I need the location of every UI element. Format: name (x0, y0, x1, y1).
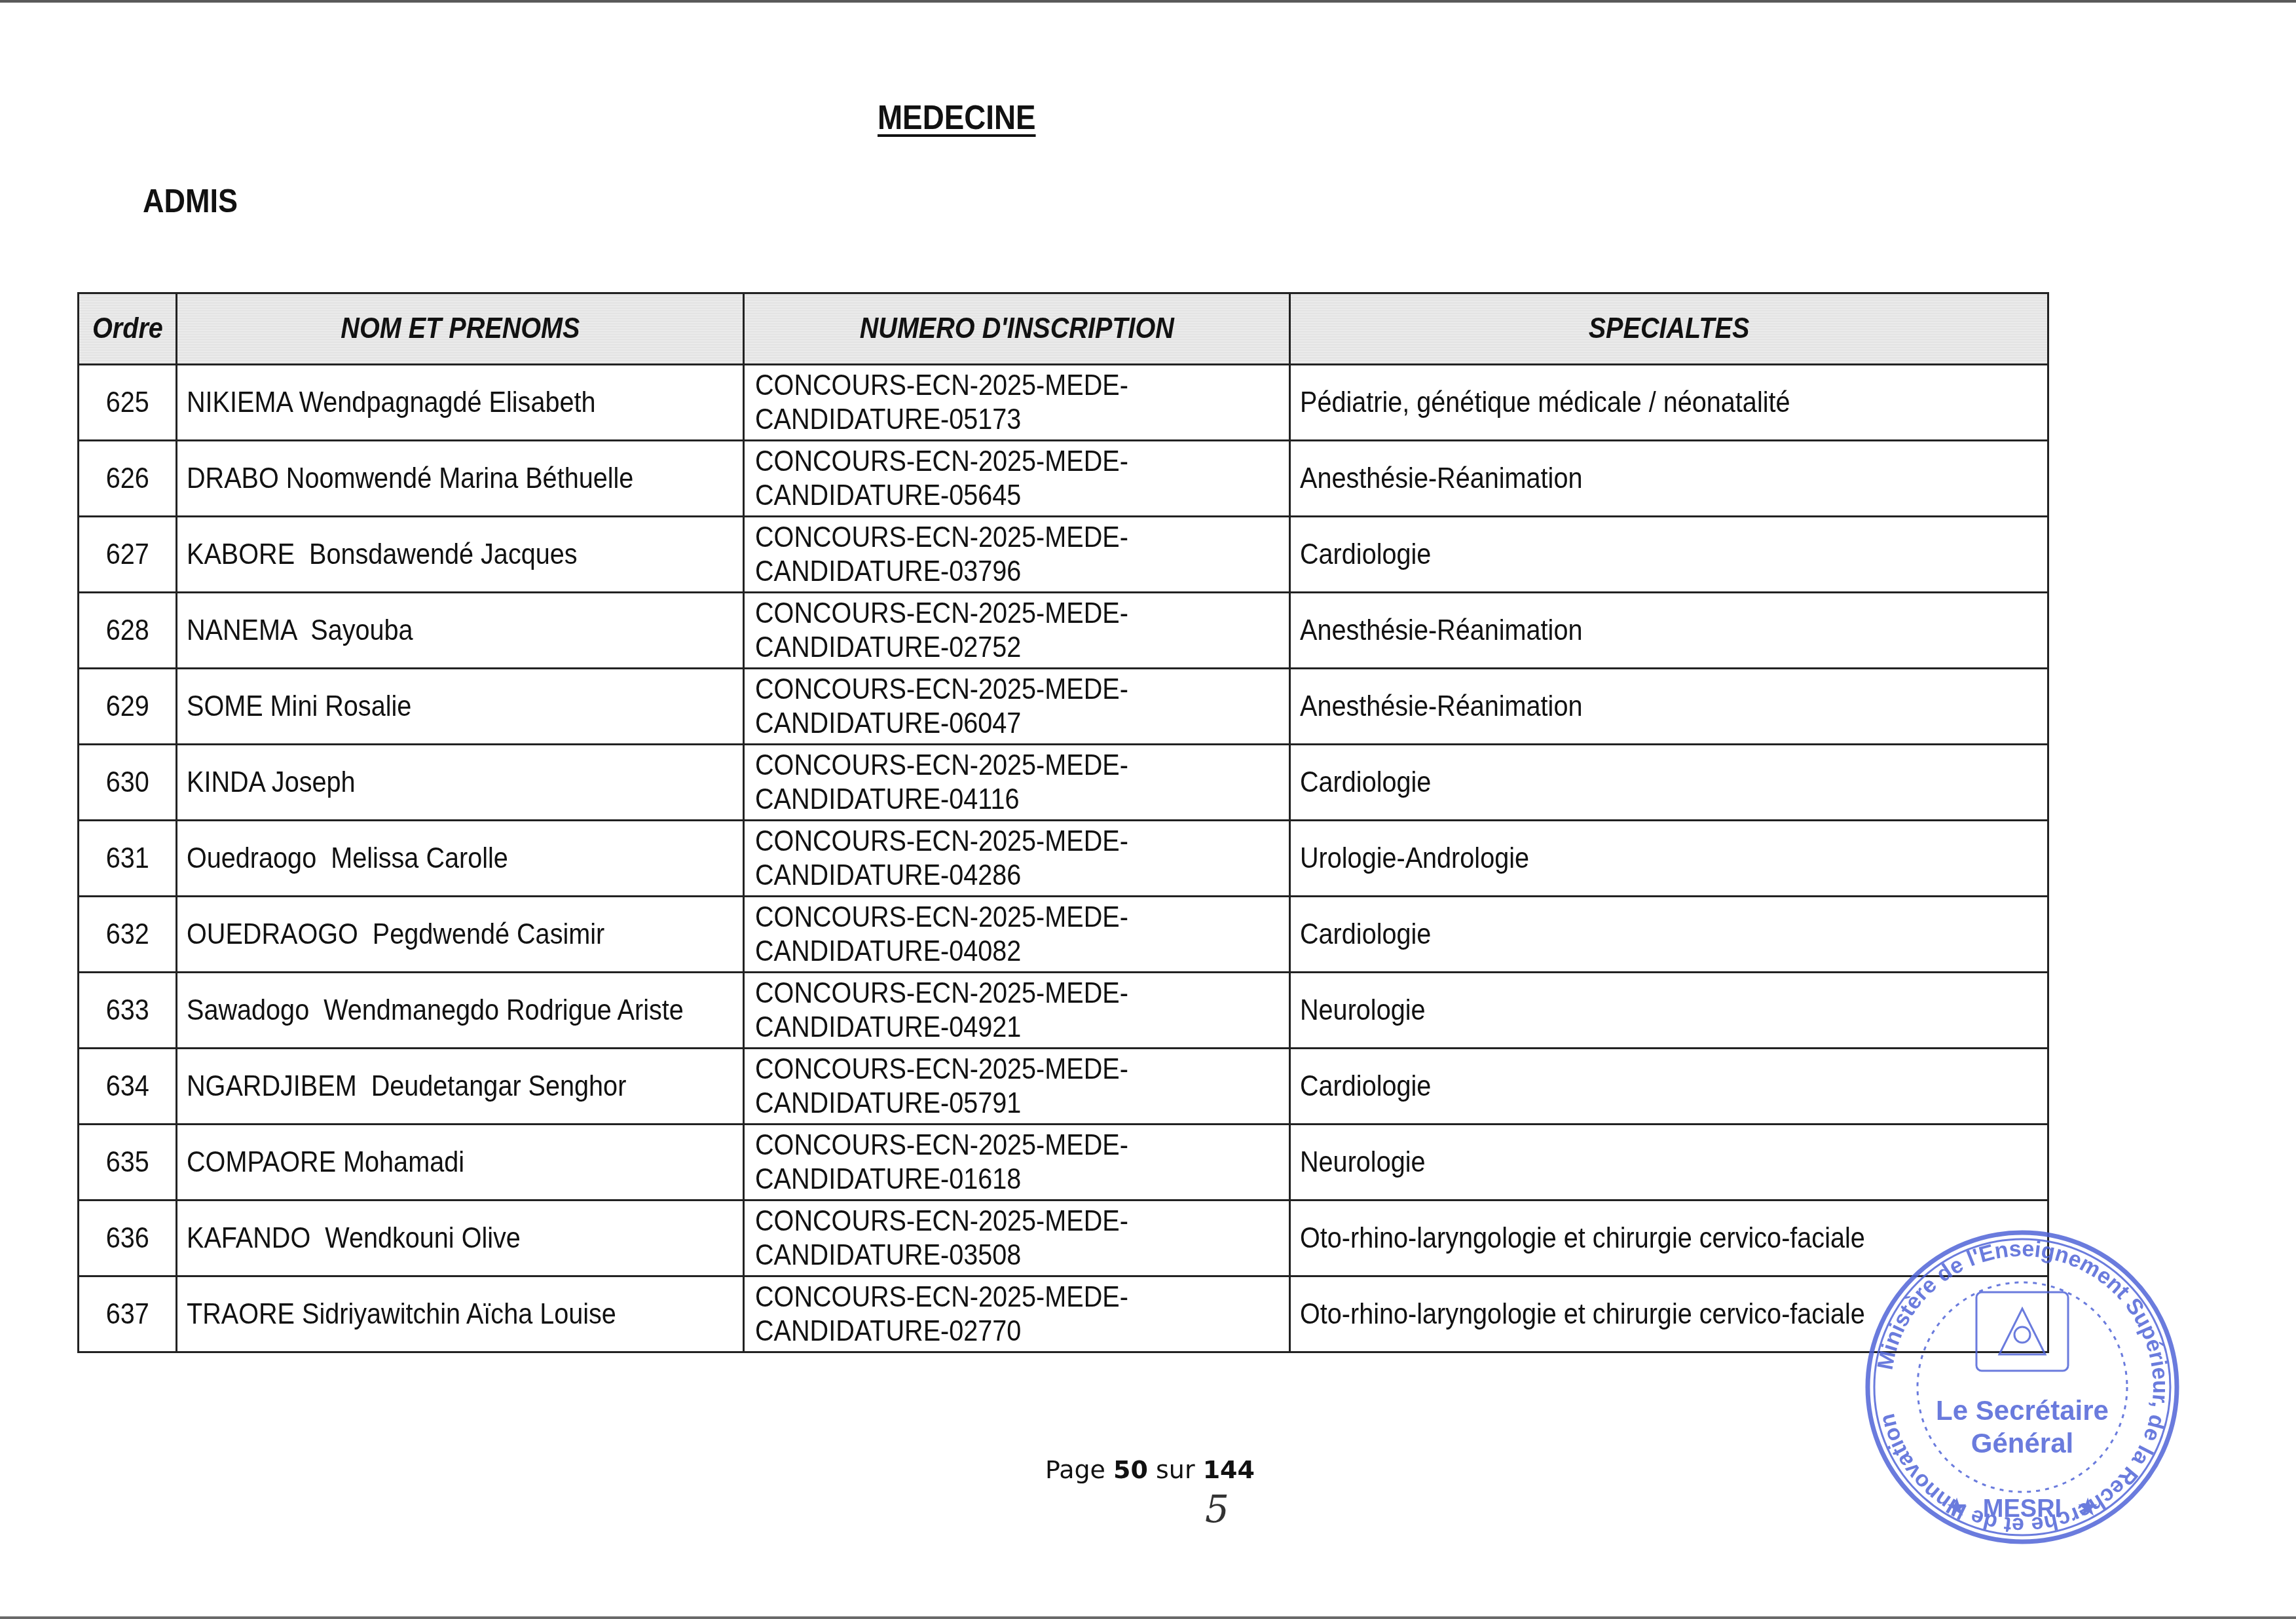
cell-nom: NIKIEMA Wendpagnagdé Elisabeth (177, 365, 744, 441)
candidate-name: NANEMA Sayouba (187, 614, 413, 647)
registration-number: CONCOURS-ECN-2025-MEDE-CANDIDATURE-04116 (755, 749, 1128, 817)
candidate-name: SOME Mini Rosalie (187, 690, 411, 723)
specialty: Cardiologie (1300, 766, 1431, 799)
registration-line-2: CANDIDATURE-02752 (755, 631, 1128, 665)
ordre-value: 630 (105, 766, 149, 799)
bottom-scan-edge (0, 1616, 2296, 1619)
registration-line-1: CONCOURS-ECN-2025-MEDE- (755, 445, 1128, 479)
cell-numero: CONCOURS-ECN-2025-MEDE-CANDIDATURE-05173 (744, 365, 1290, 441)
registration-number: CONCOURS-ECN-2025-MEDE-CANDIDATURE-05645 (755, 445, 1128, 513)
stamp-bottom-text: MESRI (1983, 1495, 2062, 1523)
specialty: Cardiologie (1300, 1070, 1431, 1103)
registration-line-1: CONCOURS-ECN-2025-MEDE- (755, 1280, 1128, 1314)
candidate-name: COMPAORE Mohamadi (187, 1146, 464, 1179)
registration-line-2: CANDIDATURE-03508 (755, 1238, 1128, 1273)
official-stamp: Ministère de l'Enseignement Supérieur, d… (1859, 1223, 2186, 1551)
candidate-name: KAFANDO Wendkouni Olive (187, 1222, 521, 1255)
registration-number: CONCOURS-ECN-2025-MEDE-CANDIDATURE-04286 (755, 825, 1128, 893)
registration-line-2: CANDIDATURE-04082 (755, 935, 1128, 969)
cell-nom: NANEMA Sayouba (177, 593, 744, 669)
star-icon: ★ (2077, 1494, 2099, 1521)
candidate-name: NGARDJIBEM Deudetangar Senghor (187, 1070, 626, 1103)
cell-ordre: 626 (79, 441, 177, 517)
header-nom-label: NOM ET PRENOMS (341, 312, 580, 345)
specialty: Urologie-Andrologie (1300, 842, 1529, 875)
cell-ordre: 625 (79, 365, 177, 441)
cell-ordre: 633 (79, 973, 177, 1049)
stamp-ring-text: Ministère de l'Enseignement Supérieur, d… (1873, 1237, 2173, 1538)
header-ordre: Ordre (79, 293, 177, 365)
specialty: Neurologie (1300, 1146, 1426, 1179)
specialty: Anesthésie-Réanimation (1300, 614, 1582, 647)
table-row: 635COMPAORE MohamadiCONCOURS-ECN-2025-ME… (79, 1125, 2048, 1200)
cell-nom: KABORE Bonsdawendé Jacques (177, 517, 744, 593)
registration-line-2: CANDIDATURE-04116 (755, 783, 1128, 817)
cell-specialite: Cardiologie (1290, 745, 2048, 821)
registration-line-2: CANDIDATURE-06047 (755, 707, 1128, 741)
cell-ordre: 637 (79, 1276, 177, 1352)
cell-numero: CONCOURS-ECN-2025-MEDE-CANDIDATURE-03796 (744, 517, 1290, 593)
cell-specialite: Cardiologie (1290, 517, 2048, 593)
page-prefix: Page (1045, 1455, 1113, 1484)
table-row: 632OUEDRAOGO Pegdwendé CasimirCONCOURS-E… (79, 897, 2048, 973)
header-specialite: SPECIALTES (1290, 293, 2048, 365)
registration-line-2: CANDIDATURE-02770 (755, 1314, 1128, 1349)
coat-of-arms-icon (1976, 1292, 2068, 1371)
ordre-value: 633 (105, 994, 149, 1027)
cell-nom: TRAORE Sidriyawitchin Aïcha Louise (177, 1276, 744, 1352)
registration-line-1: CONCOURS-ECN-2025-MEDE- (755, 1052, 1128, 1087)
header-numero-label: NUMERO D'INSCRIPTION (859, 312, 1174, 345)
cell-ordre: 630 (79, 745, 177, 821)
registration-line-2: CANDIDATURE-04286 (755, 859, 1128, 893)
registration-line-2: CANDIDATURE-05173 (755, 403, 1128, 437)
registration-line-2: CANDIDATURE-01618 (755, 1163, 1128, 1197)
cell-nom: Sawadogo Wendmanegdo Rodrigue Ariste (177, 973, 744, 1049)
table-row: 631Ouedraogo Melissa CarolleCONCOURS-ECN… (79, 821, 2048, 897)
candidate-name: TRAORE Sidriyawitchin Aïcha Louise (187, 1298, 616, 1331)
specialty: Anesthésie-Réanimation (1300, 690, 1582, 723)
cell-numero: CONCOURS-ECN-2025-MEDE-CANDIDATURE-02752 (744, 593, 1290, 669)
registration-number: CONCOURS-ECN-2025-MEDE-CANDIDATURE-01618 (755, 1128, 1128, 1197)
registration-line-1: CONCOURS-ECN-2025-MEDE- (755, 977, 1128, 1011)
cell-specialite: Urologie-Andrologie (1290, 821, 2048, 897)
table-row: 633Sawadogo Wendmanegdo Rodrigue AristeC… (79, 973, 2048, 1049)
ordre-value: 634 (105, 1070, 149, 1103)
header-specialite-label: SPECIALTES (1589, 312, 1750, 345)
registration-line-1: CONCOURS-ECN-2025-MEDE- (755, 901, 1128, 935)
registration-line-1: CONCOURS-ECN-2025-MEDE- (755, 521, 1128, 555)
cell-nom: Ouedraogo Melissa Carolle (177, 821, 744, 897)
table-row: 629SOME Mini RosalieCONCOURS-ECN-2025-ME… (79, 669, 2048, 745)
ordre-value: 626 (105, 462, 149, 495)
specialty: Cardiologie (1300, 538, 1431, 571)
registration-line-1: CONCOURS-ECN-2025-MEDE- (755, 1204, 1128, 1238)
candidate-name: KABORE Bonsdawendé Jacques (187, 538, 578, 571)
registration-line-1: CONCOURS-ECN-2025-MEDE- (755, 597, 1128, 631)
specialty: Cardiologie (1300, 918, 1431, 951)
specialty: Oto-rhino-laryngologie et chirurgie cerv… (1300, 1222, 1865, 1255)
page-number: Page 50 sur 144 (1045, 1455, 1255, 1484)
candidate-name: DRABO Noomwendé Marina Béthuelle (187, 462, 633, 495)
cell-numero: CONCOURS-ECN-2025-MEDE-CANDIDATURE-04116 (744, 745, 1290, 821)
header-ordre-label: Ordre (92, 312, 163, 345)
table-row: 625NIKIEMA Wendpagnagdé ElisabethCONCOUR… (79, 365, 2048, 441)
cell-nom: DRABO Noomwendé Marina Béthuelle (177, 441, 744, 517)
table-row: 636KAFANDO Wendkouni OliveCONCOURS-ECN-2… (79, 1200, 2048, 1276)
registration-line-1: CONCOURS-ECN-2025-MEDE- (755, 369, 1128, 403)
ordre-value: 627 (105, 538, 149, 571)
candidate-name: Ouedraogo Melissa Carolle (187, 842, 508, 875)
cell-nom: COMPAORE Mohamadi (177, 1125, 744, 1200)
registration-number: CONCOURS-ECN-2025-MEDE-CANDIDATURE-04082 (755, 901, 1128, 969)
cell-nom: KAFANDO Wendkouni Olive (177, 1200, 744, 1276)
registration-line-1: CONCOURS-ECN-2025-MEDE- (755, 673, 1128, 707)
cell-ordre: 634 (79, 1049, 177, 1125)
cell-nom: OUEDRAOGO Pegdwendé Casimir (177, 897, 744, 973)
candidate-name: NIKIEMA Wendpagnagdé Elisabeth (187, 386, 595, 419)
registration-number: CONCOURS-ECN-2025-MEDE-CANDIDATURE-05173 (755, 369, 1128, 437)
ordre-value: 632 (105, 918, 149, 951)
cell-numero: CONCOURS-ECN-2025-MEDE-CANDIDATURE-06047 (744, 669, 1290, 745)
document-title: MEDECINE (878, 98, 1036, 138)
cell-ordre: 636 (79, 1200, 177, 1276)
ordre-value: 635 (105, 1146, 149, 1179)
table-row: 626DRABO Noomwendé Marina BéthuelleCONCO… (79, 441, 2048, 517)
cell-specialite: Cardiologie (1290, 1049, 2048, 1125)
registration-line-2: CANDIDATURE-05645 (755, 479, 1128, 513)
registration-number: CONCOURS-ECN-2025-MEDE-CANDIDATURE-03508 (755, 1204, 1128, 1273)
candidate-name: KINDA Joseph (187, 766, 356, 799)
cell-specialite: Neurologie (1290, 973, 2048, 1049)
cell-numero: CONCOURS-ECN-2025-MEDE-CANDIDATURE-05791 (744, 1049, 1290, 1125)
registration-line-2: CANDIDATURE-05791 (755, 1087, 1128, 1121)
cell-ordre: 627 (79, 517, 177, 593)
registration-line-2: CANDIDATURE-03796 (755, 555, 1128, 589)
candidate-name: OUEDRAOGO Pegdwendé Casimir (187, 918, 604, 951)
cell-nom: KINDA Joseph (177, 745, 744, 821)
header-numero: NUMERO D'INSCRIPTION (744, 293, 1290, 365)
registration-number: CONCOURS-ECN-2025-MEDE-CANDIDATURE-02770 (755, 1280, 1128, 1349)
ordre-value: 636 (105, 1222, 149, 1255)
specialty: Oto-rhino-laryngologie et chirurgie cerv… (1300, 1298, 1865, 1331)
cell-ordre: 631 (79, 821, 177, 897)
registration-line-2: CANDIDATURE-04921 (755, 1011, 1128, 1045)
cell-specialite: Anesthésie-Réanimation (1290, 593, 2048, 669)
cell-numero: CONCOURS-ECN-2025-MEDE-CANDIDATURE-03508 (744, 1200, 1290, 1276)
specialty: Anesthésie-Réanimation (1300, 462, 1582, 495)
registration-number: CONCOURS-ECN-2025-MEDE-CANDIDATURE-04921 (755, 977, 1128, 1045)
registration-number: CONCOURS-ECN-2025-MEDE-CANDIDATURE-03796 (755, 521, 1128, 589)
table-header-row: Ordre NOM ET PRENOMS NUMERO D'INSCRIPTIO… (79, 293, 2048, 365)
cell-specialite: Pédiatrie, génétique médicale / néonatal… (1290, 365, 2048, 441)
cell-nom: NGARDJIBEM Deudetangar Senghor (177, 1049, 744, 1125)
table-row: 627KABORE Bonsdawendé JacquesCONCOURS-EC… (79, 517, 2048, 593)
registration-line-1: CONCOURS-ECN-2025-MEDE- (755, 825, 1128, 859)
cell-numero: CONCOURS-ECN-2025-MEDE-CANDIDATURE-02770 (744, 1276, 1290, 1352)
ordre-value: 628 (105, 614, 149, 647)
table-row: 634NGARDJIBEM Deudetangar SenghorCONCOUR… (79, 1049, 2048, 1125)
cell-numero: CONCOURS-ECN-2025-MEDE-CANDIDATURE-04921 (744, 973, 1290, 1049)
registration-line-1: CONCOURS-ECN-2025-MEDE- (755, 1128, 1128, 1163)
cell-numero: CONCOURS-ECN-2025-MEDE-CANDIDATURE-05645 (744, 441, 1290, 517)
table-row: 630KINDA JosephCONCOURS-ECN-2025-MEDE-CA… (79, 745, 2048, 821)
ordre-value: 631 (105, 842, 149, 875)
table-row: 628NANEMA SayoubaCONCOURS-ECN-2025-MEDE-… (79, 593, 2048, 669)
cell-specialite: Neurologie (1290, 1125, 2048, 1200)
specialty: Pédiatrie, génétique médicale / néonatal… (1300, 386, 1790, 419)
page-current: 50 (1113, 1455, 1148, 1484)
registration-line-1: CONCOURS-ECN-2025-MEDE- (755, 749, 1128, 783)
table-body: 625NIKIEMA Wendpagnagdé ElisabethCONCOUR… (79, 365, 2048, 1352)
admitted-candidates-table: Ordre NOM ET PRENOMS NUMERO D'INSCRIPTIO… (77, 292, 2049, 1353)
cell-numero: CONCOURS-ECN-2025-MEDE-CANDIDATURE-04082 (744, 897, 1290, 973)
header-nom: NOM ET PRENOMS (177, 293, 744, 365)
stamp-center-line1: Le Secrétaire (1936, 1395, 2109, 1426)
page-separator: sur (1148, 1455, 1203, 1484)
cell-numero: CONCOURS-ECN-2025-MEDE-CANDIDATURE-01618 (744, 1125, 1290, 1200)
cell-ordre: 629 (79, 669, 177, 745)
section-title: ADMIS (143, 182, 238, 220)
table-row: 637TRAORE Sidriyawitchin Aïcha LouiseCON… (79, 1276, 2048, 1352)
cell-specialite: Cardiologie (1290, 897, 2048, 973)
cell-ordre: 628 (79, 593, 177, 669)
cell-ordre: 635 (79, 1125, 177, 1200)
registration-number: CONCOURS-ECN-2025-MEDE-CANDIDATURE-05791 (755, 1052, 1128, 1121)
registration-number: CONCOURS-ECN-2025-MEDE-CANDIDATURE-06047 (755, 673, 1128, 741)
cell-ordre: 632 (79, 897, 177, 973)
stamp-center-line2: Général (1971, 1428, 2073, 1459)
ordre-value: 637 (105, 1298, 149, 1331)
star-icon: ★ (1946, 1494, 1968, 1521)
cell-specialite: Anesthésie-Réanimation (1290, 669, 2048, 745)
handwritten-correction: 5 (1205, 1487, 1229, 1531)
candidate-name: Sawadogo Wendmanegdo Rodrigue Ariste (187, 994, 684, 1027)
specialty: Neurologie (1300, 994, 1426, 1027)
cell-numero: CONCOURS-ECN-2025-MEDE-CANDIDATURE-04286 (744, 821, 1290, 897)
cell-specialite: Anesthésie-Réanimation (1290, 441, 2048, 517)
ordre-value: 629 (105, 690, 149, 723)
top-scan-edge (0, 0, 2296, 3)
cell-nom: SOME Mini Rosalie (177, 669, 744, 745)
page-total: 144 (1203, 1455, 1255, 1484)
registration-number: CONCOURS-ECN-2025-MEDE-CANDIDATURE-02752 (755, 597, 1128, 665)
ordre-value: 625 (105, 386, 149, 419)
